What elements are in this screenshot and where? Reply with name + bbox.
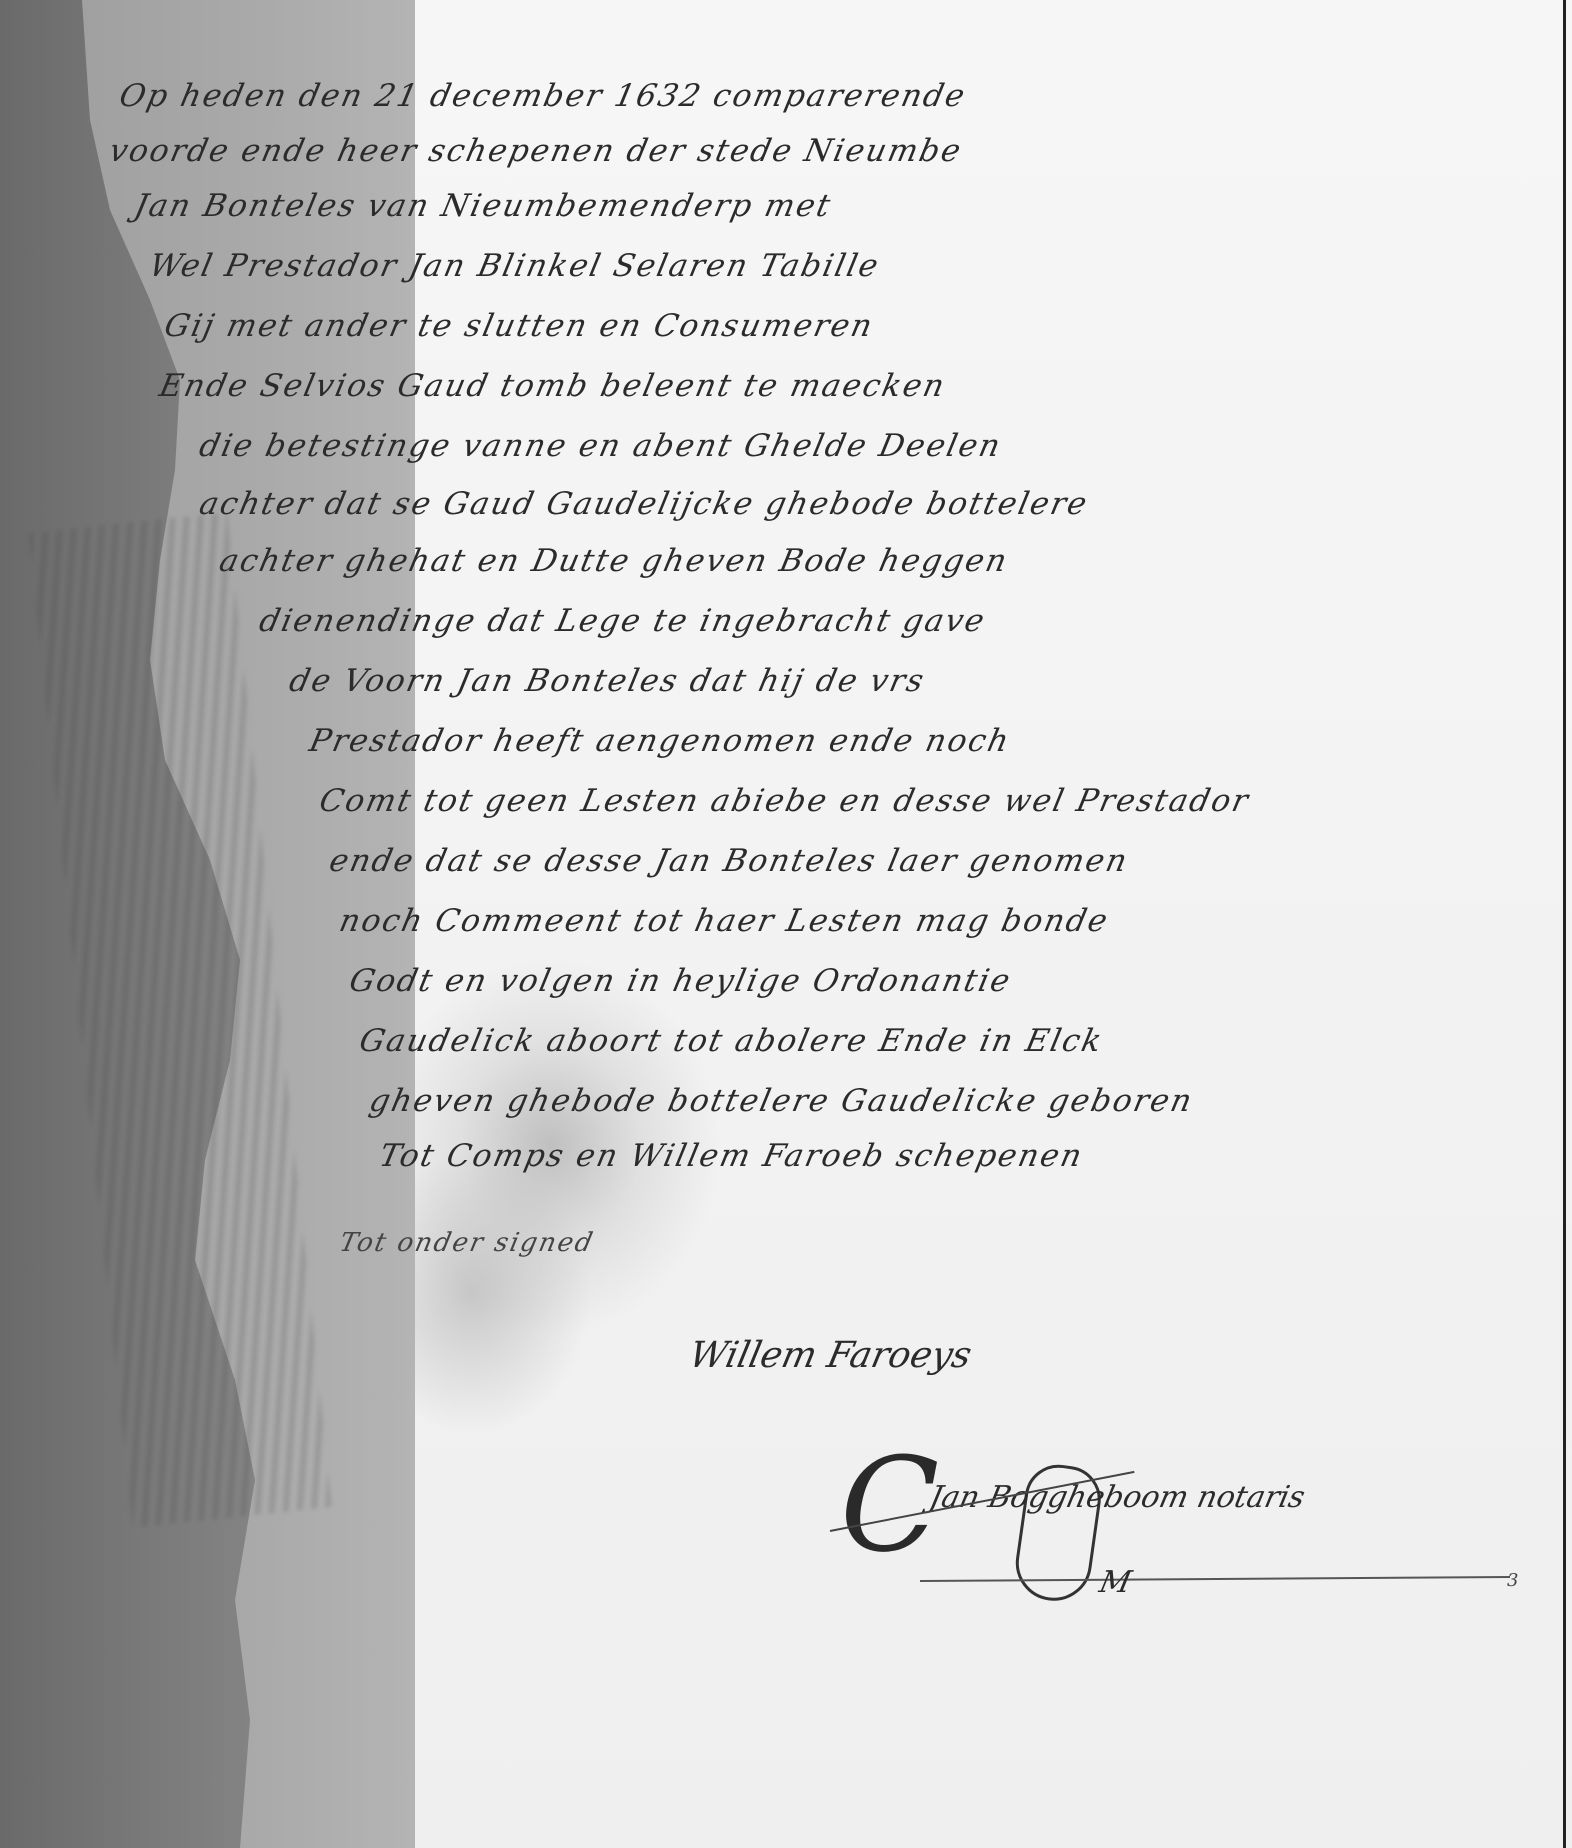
body-line: Ende Selvios Gaud tomb beleent te maecke… [156, 368, 949, 404]
body-line: Tot onder signed [337, 1228, 597, 1258]
initial-c-mark: C [840, 1440, 939, 1570]
page-number-mark: 3 [1507, 1570, 1518, 1591]
body-line: dienendinge dat Lege te ingebracht gave [256, 603, 989, 639]
body-line: voorde ende heer schepenen der stede Nie… [106, 133, 966, 169]
body-line: ende dat se desse Jan Bonteles laer geno… [326, 843, 1132, 879]
body-line: de Voorn Jan Bonteles dat hij de vrs [286, 663, 928, 699]
body-line: Wel Prestador Jan Blinkel Selaren Tabill… [146, 248, 883, 284]
body-line: achter dat se Gaud Gaudelijcke ghebode b… [196, 486, 1092, 522]
body-line: Tot Comps en Willem Faroeb schepenen [376, 1138, 1087, 1174]
body-line: achter ghehat en Dutte gheven Bode hegge… [216, 543, 1012, 579]
body-line: Comt tot geen Lesten abiebe en desse wel… [316, 783, 1253, 819]
body-line: Prestador heeft aengenomen ende noch [306, 723, 1014, 759]
body-line: Godt en volgen in heylige Ordonantie [346, 963, 1015, 999]
body-line: die betestinge vanne en abent Ghelde Dee… [196, 428, 1005, 464]
body-line: Gij met ander te slutten en Consumeren [161, 308, 877, 344]
signature-notary: Jan Boggheboom notaris [926, 1480, 1308, 1515]
body-line: noch Commeent tot haer Lesten mag bonde [336, 903, 1112, 939]
body-line: gheven ghebode bottelere Gaudelicke gebo… [366, 1083, 1197, 1119]
signature-willem: Willem Faroeys [686, 1335, 976, 1376]
body-line: Jan Bonteles van Nieumbemenderp met [131, 188, 835, 224]
page-edge-line [1563, 0, 1566, 1848]
body-line: Op heden den 21 december 1632 compareren… [116, 78, 970, 114]
body-line: Gaudelick aboort tot abolere Ende in Elc… [356, 1023, 1106, 1059]
